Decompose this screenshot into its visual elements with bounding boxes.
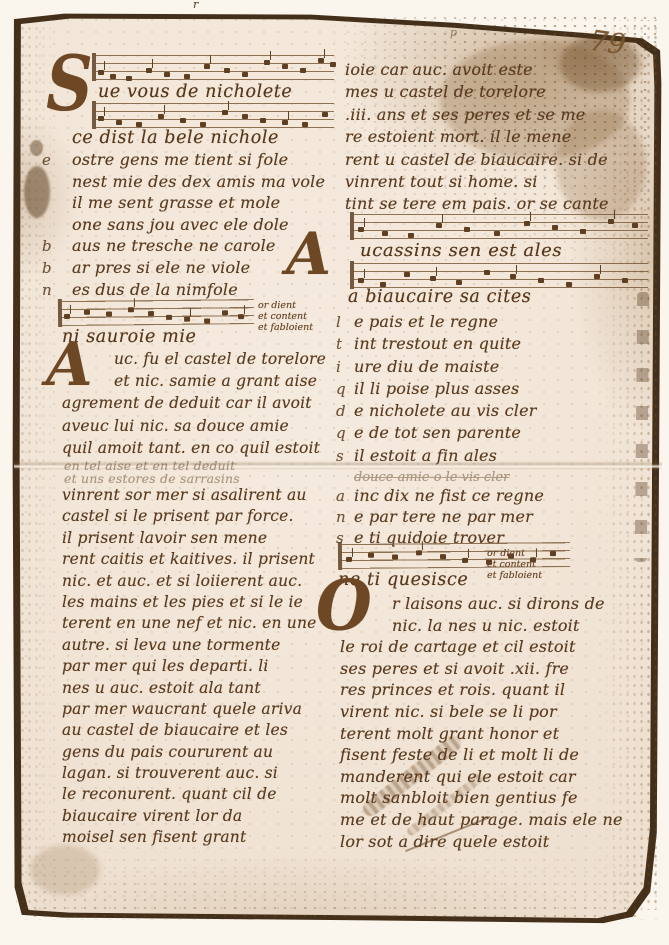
lyric-line: ue vous de nicholete [98, 82, 292, 102]
verse-text: nest mie des dex amis ma vole [72, 172, 325, 191]
prose-line: nes u auc. estoit ala tant [62, 679, 328, 700]
neume-note [180, 118, 186, 123]
verse-initial-letter: e [42, 151, 51, 169]
neume-note [566, 282, 572, 287]
neume-note [282, 120, 288, 125]
neume-note [300, 68, 306, 73]
verse-block-right-1: le pais et le regnetint trestout en quit… [354, 312, 644, 468]
neume-note [184, 74, 190, 79]
neume-note [242, 114, 248, 119]
prose-block-left-lower: vinrent sor mer si asalirent aucastel si… [62, 486, 328, 850]
verse-initial-letter: t [336, 335, 342, 353]
verse-initial-letter: b [42, 237, 52, 255]
verse-line: ainc dix ne fist ce regne [354, 486, 644, 507]
neume-note [242, 72, 248, 77]
neume-note [608, 219, 614, 224]
neume-note [106, 311, 112, 316]
neume-note [430, 276, 436, 281]
manuscript-photo: 79 r p S ue vous de nicholete ce dist la… [0, 0, 669, 945]
verse-text: il me sent grasse et mole [72, 193, 280, 212]
neume-note [204, 318, 210, 323]
prose-line: rent caitis et kaitives. il prisent [62, 550, 328, 571]
prose-line: virent nic. si bele se li por [340, 702, 646, 724]
neume-note [200, 122, 206, 127]
verse-text: es dus de la nimfole [72, 280, 238, 299]
prose-line: uc. fu el castel de torelore [62, 350, 324, 372]
neume-note [358, 278, 364, 283]
verse-line: le pais et le regne [354, 312, 644, 334]
prose-line: ioie car auc. avoit este [345, 60, 645, 82]
verse-text: int trestout en quite [354, 334, 521, 353]
prose-line: rent u castel de biaucaire. si de [345, 150, 645, 172]
rubric-line: or dient [487, 548, 542, 559]
verse-line: nest mie des dex amis ma vole [72, 172, 324, 194]
neume-note [222, 310, 228, 315]
neume-note [538, 278, 544, 283]
neume-note [622, 278, 628, 283]
neume-note [224, 68, 230, 73]
music-stave [354, 263, 648, 288]
prose-line: fisent feste de li et molt li de [340, 745, 646, 767]
neume-note [464, 227, 470, 232]
neume-note [98, 70, 104, 75]
neume-note [404, 272, 410, 277]
neume-note [408, 233, 414, 238]
neume-note [128, 307, 134, 312]
neume-note [580, 229, 586, 234]
neume-note [462, 558, 468, 563]
verse-text: il li poise plus asses [354, 379, 519, 398]
neume-note [358, 227, 364, 232]
neume-note [330, 62, 336, 67]
prose-line: vinrent tout si home. si [345, 172, 645, 194]
music-stave [62, 299, 254, 326]
verse-initial-letter: n [42, 281, 52, 299]
verse-line: iure diu de maiste [354, 357, 644, 379]
neume-note [222, 110, 228, 115]
neume-note [510, 274, 516, 279]
stain-blob [30, 845, 100, 895]
prose-line: terent molt grant honor et [340, 724, 646, 746]
neume-note [416, 550, 422, 555]
prose-line: nic. et auc. et si loiierent auc. [62, 572, 328, 593]
neume-note [484, 270, 490, 275]
rubric-or-dient: or dientet contentet fabloient [258, 300, 313, 333]
neume-note [110, 74, 116, 79]
verse-text: inc dix ne fist ce regne [354, 486, 544, 505]
verse-initial-letter: d [336, 402, 346, 420]
music-stave [96, 55, 334, 80]
faint-struck-line: douce amie o le vis cler [354, 470, 509, 485]
verse-text: e nicholete au vis cler [354, 401, 537, 420]
neume-note [148, 311, 154, 316]
prose-line: moisel sen fisent grant [62, 828, 328, 849]
neume-note [98, 116, 104, 121]
neume-note [264, 60, 270, 65]
prose-block-left-upper: uc. fu el castel de toreloreet nic. sami… [62, 350, 324, 461]
neume-note [594, 274, 600, 279]
neume-note [116, 120, 122, 125]
prose-line: res princes et rois. quant il [340, 680, 646, 702]
prose-line: par mer qui les departi. li [62, 657, 328, 678]
prose-block-right-top: ioie car auc. avoit estemes u castel de … [345, 60, 645, 217]
neume-note [632, 223, 638, 228]
verse-text: il estoit a fin ales [354, 446, 497, 465]
prose-line: agrement de deduit car il avoit [62, 394, 324, 416]
neume-note [184, 317, 190, 322]
rubric-line: et fabloient [487, 570, 542, 581]
neume-note [382, 231, 388, 236]
neume-note [260, 118, 266, 123]
neume-note [456, 280, 462, 285]
neume-note [392, 555, 398, 560]
prose-line: aveuc lui nic. sa douce amie [62, 417, 324, 439]
verse-text: ar pres si ele ne viole [72, 258, 250, 277]
initial-S: S [46, 50, 93, 118]
verse-line: eostre gens me tient si fole [72, 150, 324, 172]
verse-text: e par tere ne par mer [354, 507, 533, 526]
verse-line: de nicholete au vis cler [354, 401, 644, 423]
prose-line: nic. la nes u nic. estoit [340, 616, 646, 638]
prose-block-right-bottom: r laisons auc. si dirons denic. la nes u… [340, 594, 646, 853]
neume-note [164, 72, 170, 77]
neume-note [136, 122, 142, 127]
verse-initial-letter: i [336, 358, 341, 376]
neume-note [302, 122, 308, 127]
verse-initial-letter: s [336, 447, 344, 465]
verse-initial-letter: l [336, 313, 341, 331]
prose-line: mes u castel de torelore [345, 82, 645, 104]
music-stave [96, 103, 334, 128]
neume-note [436, 223, 442, 228]
neume-note [126, 76, 132, 81]
neume-note [238, 314, 244, 319]
verse-initial-letter: q [336, 380, 346, 398]
rubric-line: et fabloient [258, 322, 313, 333]
verse-initial-letter: b [42, 259, 52, 277]
neume-note [346, 557, 352, 562]
prose-line: le reconurent. quant cil de [62, 785, 328, 806]
music-stave [354, 214, 648, 239]
prose-line: r laisons auc. si dirons de [340, 594, 646, 616]
neume-note [368, 553, 374, 558]
neume-note [146, 68, 152, 73]
prose-line: lor sot a dire quele estoit [340, 832, 646, 854]
folio-number: 79 [588, 24, 628, 62]
prose-line: au castel de biaucaire et les [62, 721, 328, 742]
verse-line: il me sent grasse et mole [72, 193, 324, 215]
prose-line: manderent qui ele estoit car [340, 767, 646, 789]
initial-A: A [286, 228, 331, 280]
verse-line: tint trestout en quite [354, 334, 644, 356]
pen-trial-mark: r [193, 0, 198, 11]
verse-text: e pais et le regne [354, 312, 498, 331]
verse-line: qe de tot sen parente [354, 423, 644, 445]
neume-note [322, 112, 328, 117]
prose-line: en tel aise et en tel deduit [64, 458, 314, 471]
prose-line: vinrent sor mer si asalirent au [62, 486, 328, 507]
ink-blot-left-margin [24, 166, 50, 218]
rubric-line: et content [258, 311, 313, 322]
neume-note [158, 114, 164, 119]
neume-note [166, 315, 172, 320]
lyric-line: a biaucaire sa cites [348, 287, 531, 307]
prose-line: terent en une nef et nic. en une [62, 614, 328, 635]
prose-line: lagan. si trouverent auc. si [62, 764, 328, 785]
neume-note [84, 310, 90, 315]
verse-text: one sans jou avec ele dole [72, 215, 289, 234]
neume-note [552, 225, 558, 230]
prose-line: gens du pais coururent au [62, 743, 328, 764]
neume-note [550, 551, 556, 556]
lyric-line: ucassins sen est ales [360, 240, 562, 261]
verse-text: aus ne tresche ne carole [72, 236, 276, 255]
prose-line: il prisent lavoir sen mene [62, 529, 328, 550]
prose-line: re estoient mort. il le mene [345, 127, 645, 149]
pen-trial-mark: p [450, 26, 457, 39]
prose-line: et nic. samie a grant aise [62, 372, 324, 394]
verse-initial-letter: n [336, 508, 346, 526]
prose-faint-lines: en tel aise et en tel deduitet uns estor… [64, 458, 314, 483]
verse-line: qil li poise plus asses [354, 379, 644, 401]
verse-line: ne par tere ne par mer [354, 507, 644, 528]
verse-initial-letter: q [336, 424, 346, 442]
neume-note [440, 554, 446, 559]
prose-line: biaucaire virent lor da [62, 807, 328, 828]
verse-text: ostre gens me tient si fole [72, 150, 288, 169]
prose-line: les mains et les pies et si le ie [62, 593, 328, 614]
neume-note [524, 221, 530, 226]
prose-line: molt sanbloit bien gentius fe [340, 788, 646, 810]
verse-text: e de tot sen parente [354, 423, 521, 442]
neume-note [318, 58, 324, 63]
prose-line: me et de haut parage. mais ele ne [340, 810, 646, 832]
prose-line: castel si le prisent par force. [62, 507, 328, 528]
neume-note [64, 314, 70, 319]
prose-line: autre. si leva une tormente [62, 636, 328, 657]
verse-initial-letter: a [336, 487, 345, 505]
verse-line: sil estoit a fin ales [354, 446, 644, 468]
rubric-or-dient: or dientet contentet fabloient [487, 548, 542, 581]
prose-line: et uns estores de sarrasins [64, 471, 314, 484]
verse-block-right-2: ainc dix ne fist ce regnene par tere ne … [354, 486, 644, 549]
neume-note [494, 231, 500, 236]
neume-note [204, 64, 210, 69]
neume-note [282, 64, 288, 69]
verse-text: ure diu de maiste [354, 357, 499, 376]
lyric-line: ce dist la bele nichole [72, 128, 279, 148]
prose-line: le roi de cartage et cil estoit [340, 637, 646, 659]
rubric-line: et content [487, 559, 542, 570]
rubric-line: or dient [258, 300, 313, 311]
prose-line: .iii. ans et ses peres et se me [345, 105, 645, 127]
prose-line: par mer waucrant quele ariva [62, 700, 328, 721]
prose-line: ses peres et si avoit .xii. fre [340, 659, 646, 681]
